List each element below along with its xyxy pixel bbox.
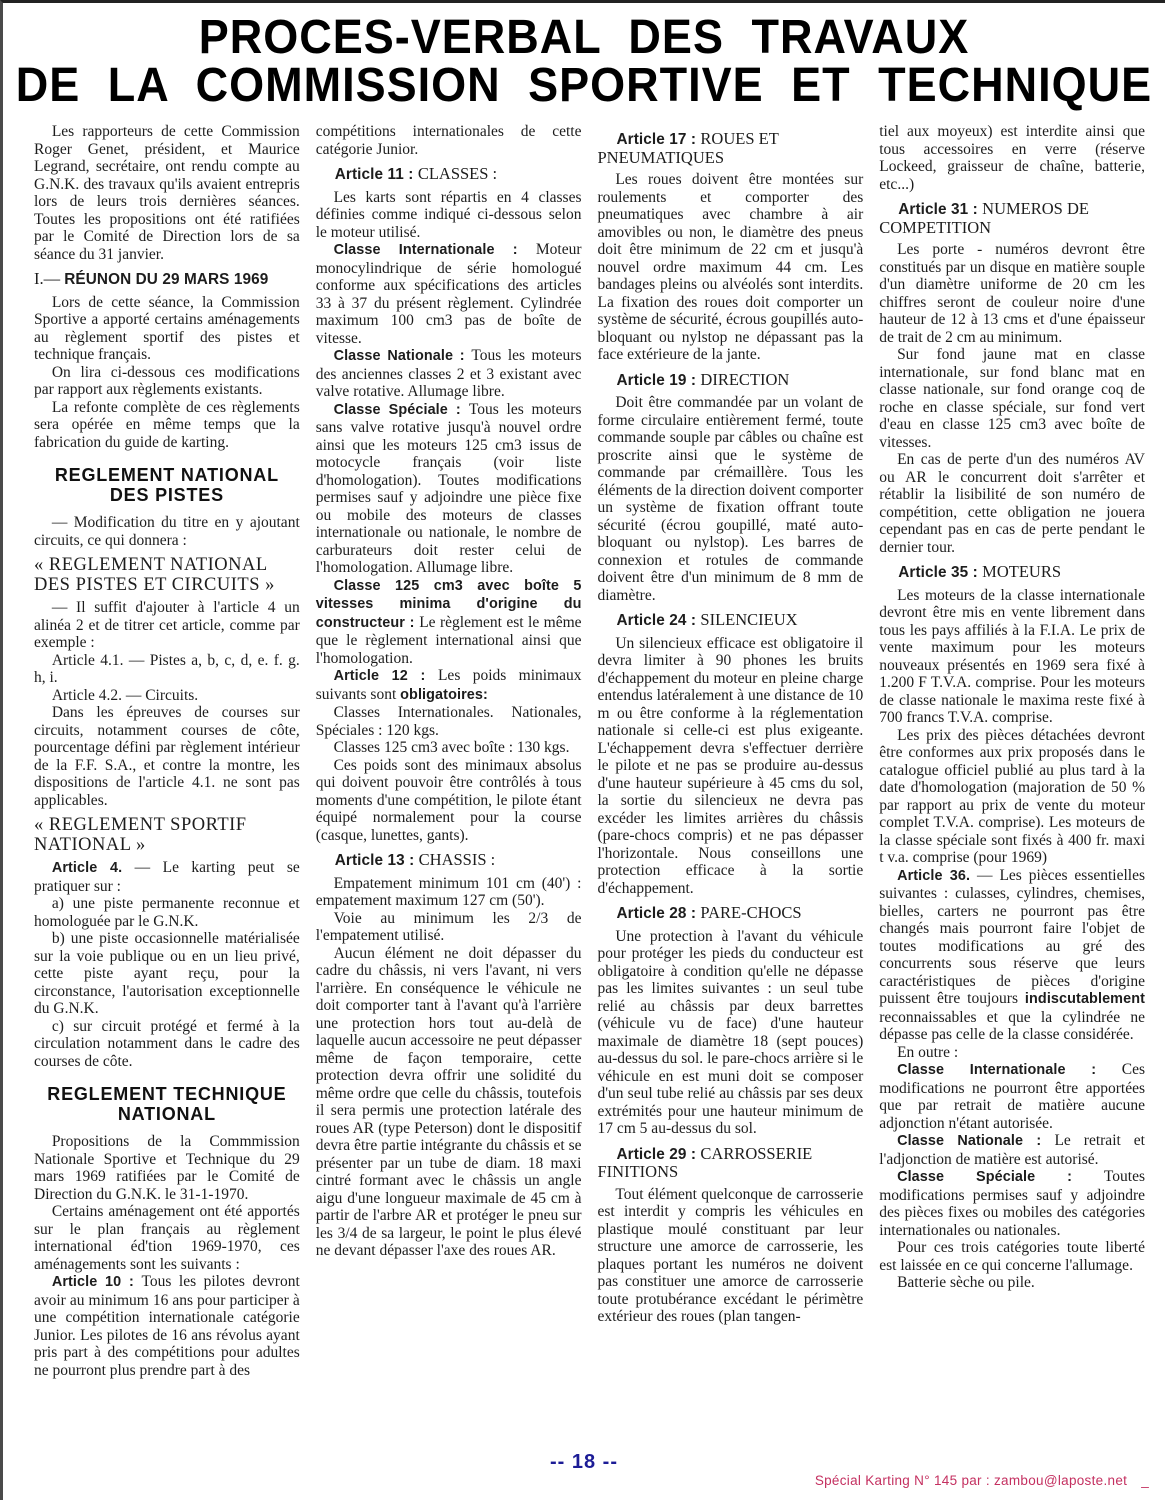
section-heading-line: NATIONAL: [34, 1104, 300, 1124]
bold-run: Article 31 :: [898, 201, 982, 218]
credit-text: Spécial Karting N° 145 par : zambou@lapo…: [815, 1473, 1127, 1488]
bold-run: Article 19 :: [616, 372, 700, 389]
text-run: Propositions de la Commmission Nationale…: [34, 1133, 300, 1203]
text-run: Tout élément quelconque de carrosserie e…: [598, 1186, 864, 1326]
column-2: compétitions internationales de cette ca…: [316, 123, 582, 1459]
paragraph: Les prix des pièces détachées devront êt…: [879, 727, 1145, 867]
text-run: Empatement minimum 101 cm (40') : empate…: [316, 875, 582, 910]
text-run: « REGLEMENT SPORTIF NATIONAL »: [34, 815, 247, 855]
bold-run: Article 28 :: [616, 905, 700, 922]
text-run: Tous les moteurs sans valve rotative jus…: [316, 401, 582, 577]
paragraph: Aucun élément ne doit dépasser du cadre …: [316, 945, 582, 1260]
text-run: La refonte complète de ces règlements se…: [34, 399, 300, 451]
paragraph: Classe Nationale : Le retrait et l'adjon…: [879, 1132, 1145, 1168]
bold-run: Article 35 :: [898, 564, 982, 581]
text-run: a) une piste permanente reconnue et homo…: [34, 895, 300, 930]
paragraph: Sur fond jaune mat en classe internation…: [879, 346, 1145, 451]
text-run: — Les pièces essentielles suivantes : cu…: [879, 867, 1145, 1008]
credit-line: Spécial Karting N° 145 par : zambou@lapo…: [815, 1473, 1149, 1488]
text-run: I.—: [34, 269, 64, 288]
text-run: DIRECTION: [700, 370, 789, 389]
bold-run: Article 17 :: [616, 131, 700, 148]
paragraph: Classe Internationale : Ces modification…: [879, 1061, 1145, 1132]
text-run: En cas de perte d'un des numéros AV ou A…: [879, 451, 1145, 556]
text-run: Article 4.1. — Pistes a, b, c, d, e. f. …: [34, 652, 300, 687]
text-run: « REGLEMENT NATIONAL DES PISTES ET CIRCU…: [34, 555, 275, 595]
paragraph: Classe Spéciale : Tous les moteurs sans …: [316, 401, 582, 577]
paragraph: Certains aménagement ont été apportés su…: [34, 1203, 300, 1273]
bold-run: Article 13 :: [335, 852, 419, 869]
text-run: Dans les épreuves de courses sur circuit…: [34, 704, 300, 809]
paragraph: Article 4. — Le karting peut se pratique…: [34, 859, 300, 895]
paragraph: Article 36. — Les pièces essentielles su…: [879, 867, 1145, 1044]
article-heading: Article 19 : DIRECTION: [598, 371, 864, 390]
paragraph: Pour ces trois catégories toute liberté …: [879, 1239, 1145, 1274]
bold-run: Article 12 :: [334, 668, 438, 684]
paragraph: Article 4.2. — Circuits.: [34, 687, 300, 705]
bold-run: Classe Nationale :: [334, 348, 472, 364]
paragraph: Les moteurs de la classe internationale …: [879, 587, 1145, 727]
article-heading: Article 29 : CARROSSERIE FINITIONS: [598, 1145, 864, 1181]
article-heading: Article 11 : CLASSES :: [316, 165, 582, 184]
document-page: PROCES-VERBAL DES TRAVAUX DE LA COMMISSI…: [0, 0, 1165, 1500]
text-run: Les moteurs de la classe internationale …: [879, 587, 1145, 727]
bold-run: Article 36.: [897, 868, 970, 884]
bold-run: Classe Internationale :: [897, 1062, 1122, 1078]
paragraph: tiel aux moyeux) est interdite ainsi que…: [879, 123, 1145, 193]
paragraph: Voie au minimum les 2/3 de l'empatement …: [316, 910, 582, 945]
paragraph: Les karts sont répartis en 4 classes déf…: [316, 189, 582, 242]
paragraph: La refonte complète de ces règlements se…: [34, 399, 300, 452]
paragraph: Batterie sèche ou pile.: [879, 1274, 1145, 1292]
page-title-line-1: PROCES-VERBAL DES TRAVAUX: [3, 11, 1165, 63]
paragraph: Une protection à l'avant du véhicule pou…: [598, 928, 864, 1138]
text-run: b) une piste occasionnelle matérialisée …: [34, 930, 300, 1017]
section-heading-line: DES PISTES: [34, 485, 300, 505]
article-heading: Article 28 : PARE-CHOCS: [598, 904, 864, 923]
text-run: — Modification du titre en y ajoutant ci…: [34, 514, 300, 549]
text-run: Les prix des pièces détachées devront êt…: [879, 727, 1145, 867]
text-run: c) sur circuit protégé et fermé à la cir…: [34, 1018, 300, 1070]
section-heading: REGLEMENT NATIONALDES PISTES: [34, 465, 300, 505]
text-run: Classes Internationales. Nationales, Spé…: [316, 704, 582, 739]
paragraph: Ces poids sont des minimaux absolus qui …: [316, 757, 582, 845]
text-run: Les rapporteurs de cette Commission Roge…: [34, 123, 300, 263]
column-4: tiel aux moyeux) est interdite ainsi que…: [879, 123, 1145, 1459]
article-heading: I.— RÉUNON DU 29 MARS 1969: [34, 270, 300, 289]
bold-run: Article 11 :: [335, 166, 418, 183]
paragraph: — Il suffit d'ajouter à l'article 4 un a…: [34, 599, 300, 652]
paragraph: Classes Internationales. Nationales, Spé…: [316, 704, 582, 739]
paragraph: Les rapporteurs de cette Commission Roge…: [34, 123, 300, 263]
paragraph: En cas de perte d'un des numéros AV ou A…: [879, 451, 1145, 556]
paragraph: Classe 125 cm3 avec boîte 5 vitesses min…: [316, 577, 582, 668]
paragraph: Classe Nationale : Tous les moteurs des …: [316, 347, 582, 401]
paragraph: En outre :: [879, 1044, 1145, 1062]
text-run: PARE-CHOCS: [700, 903, 801, 922]
section-heading: REGLEMENT TECHNIQUENATIONAL: [34, 1084, 300, 1124]
text-run: Certains aménagement ont été apportés su…: [34, 1203, 300, 1273]
paragraph: Un silencieux efficace est obligatoire i…: [598, 635, 864, 898]
text-run: tiel aux moyeux) est interdite ainsi que…: [879, 123, 1145, 193]
text-run: Article 4.2. — Circuits.: [52, 687, 198, 704]
text-run: Les karts sont répartis en 4 classes déf…: [316, 189, 582, 241]
text-run: Les porte - numéros devront être constit…: [879, 241, 1145, 346]
caps-heading: « REGLEMENT NATIONAL DES PISTES ET CIRCU…: [34, 555, 300, 595]
text-run: — Il suffit d'ajouter à l'article 4 un a…: [34, 599, 300, 651]
bold-run: Article 24 :: [616, 612, 700, 629]
text-run: Voie au minimum les 2/3 de l'empatement …: [316, 910, 582, 945]
text-run: Aucun élément ne doit dépasser du cadre …: [316, 945, 582, 1260]
text-run: CLASSES :: [418, 164, 497, 183]
text-run: Un silencieux efficace est obligatoire i…: [598, 635, 864, 897]
paragraph: compétitions internationales de cette ca…: [316, 123, 582, 158]
paragraph: Propositions de la Commmission Nationale…: [34, 1133, 300, 1203]
columns: Les rapporteurs de cette Commission Roge…: [3, 123, 1165, 1459]
paragraph: b) une piste occasionnelle matérialisée …: [34, 930, 300, 1018]
text-run: Batterie sèche ou pile.: [897, 1274, 1035, 1291]
paragraph: Classe Spéciale : Toutes modifications p…: [879, 1168, 1145, 1239]
article-heading: Article 13 : CHASSIS :: [316, 851, 582, 870]
paragraph: Article 12 : Les poids minimaux suivants…: [316, 667, 582, 704]
paragraph: Les porte - numéros devront être constit…: [879, 241, 1145, 346]
article-heading: Article 31 : NUMEROS DE COMPETITION: [879, 200, 1145, 236]
paragraph: a) une piste permanente reconnue et homo…: [34, 895, 300, 930]
text-run: Ces poids sont des minimaux absolus qui …: [316, 757, 582, 844]
text-run: Pour ces trois catégories toute liberté …: [879, 1239, 1145, 1274]
text-run: En outre :: [897, 1044, 958, 1061]
text-run: reconnaissables et que la cylindrée ne d…: [879, 1009, 1145, 1044]
text-run: compétitions internationales de cette ca…: [316, 123, 582, 158]
section-heading-line: REGLEMENT NATIONAL: [34, 465, 300, 485]
bold-run: Classe Spéciale :: [334, 402, 469, 418]
bold-run: Classe Nationale :: [897, 1133, 1054, 1149]
text-run: CHASSIS :: [419, 850, 496, 869]
paragraph: Article 4.1. — Pistes a, b, c, d, e. f. …: [34, 652, 300, 687]
text-run: Classes 125 cm3 avec boîte : 130 kgs.: [334, 739, 570, 756]
caps-heading: « REGLEMENT SPORTIF NATIONAL »: [34, 815, 300, 855]
text-run: Sur fond jaune mat en classe internation…: [879, 346, 1145, 451]
paragraph: Article 10 : Tous les pilotes devront av…: [34, 1273, 300, 1379]
bold-run: Classe Internationale :: [334, 242, 536, 258]
text-run: Les roues doivent être montées sur roule…: [598, 171, 864, 363]
text-run: On lira ci-dessous ces modifications par…: [34, 364, 300, 399]
bold-run: obligatoires:: [400, 687, 488, 703]
bold-run: Article 4.: [52, 860, 122, 876]
page-title: PROCES-VERBAL DES TRAVAUX DE LA COMMISSI…: [3, 3, 1165, 109]
column-1: Les rapporteurs de cette Commission Roge…: [34, 123, 300, 1459]
text-run: MOTEURS: [982, 562, 1061, 581]
text-run: Lors de cette séance, la Commission Spor…: [34, 294, 300, 364]
text-run: SILENCIEUX: [700, 610, 797, 629]
article-heading: Article 17 : ROUES ET PNEUMATIQUES: [598, 130, 864, 166]
bold-run: indiscutablement: [1025, 991, 1145, 1007]
bold-run: RÉUNON DU 29 MARS 1969: [64, 271, 268, 288]
page-number: -- 18 --: [3, 1451, 1165, 1474]
bold-run: Article 29 :: [616, 1146, 700, 1163]
paragraph: Doit être commandée par un volant de for…: [598, 394, 864, 604]
column-3: Article 17 : ROUES ET PNEUMATIQUESLes ro…: [598, 123, 864, 1459]
paragraph: c) sur circuit protégé et fermé à la cir…: [34, 1018, 300, 1071]
text-run: Doit être commandée par un volant de for…: [598, 394, 864, 604]
paragraph: Empatement minimum 101 cm (40') : empate…: [316, 875, 582, 910]
article-heading: Article 35 : MOTEURS: [879, 563, 1145, 582]
article-heading: Article 24 : SILENCIEUX: [598, 611, 864, 630]
paragraph: Lors de cette séance, la Commission Spor…: [34, 294, 300, 364]
paragraph: Tout élément quelconque de carrosserie e…: [598, 1186, 864, 1326]
paragraph: Les roues doivent être montées sur roule…: [598, 171, 864, 364]
credit-cursor: _: [1141, 1473, 1149, 1488]
paragraph: On lira ci-dessous ces modifications par…: [34, 364, 300, 399]
page-title-line-2: DE LA COMMISSION SPORTIVE ET TECHNIQUE: [3, 59, 1165, 111]
section-heading-line: REGLEMENT TECHNIQUE: [34, 1084, 300, 1104]
paragraph: — Modification du titre en y ajoutant ci…: [34, 514, 300, 549]
bold-run: Article 10 :: [52, 1274, 142, 1290]
paragraph: Classe Internationale : Moteur monocylin…: [316, 241, 582, 347]
bold-run: Classe Spéciale :: [897, 1169, 1104, 1185]
text-run: Une protection à l'avant du véhicule pou…: [598, 928, 864, 1138]
paragraph: Classes 125 cm3 avec boîte : 130 kgs.: [316, 739, 582, 757]
paragraph: Dans les épreuves de courses sur circuit…: [34, 704, 300, 809]
